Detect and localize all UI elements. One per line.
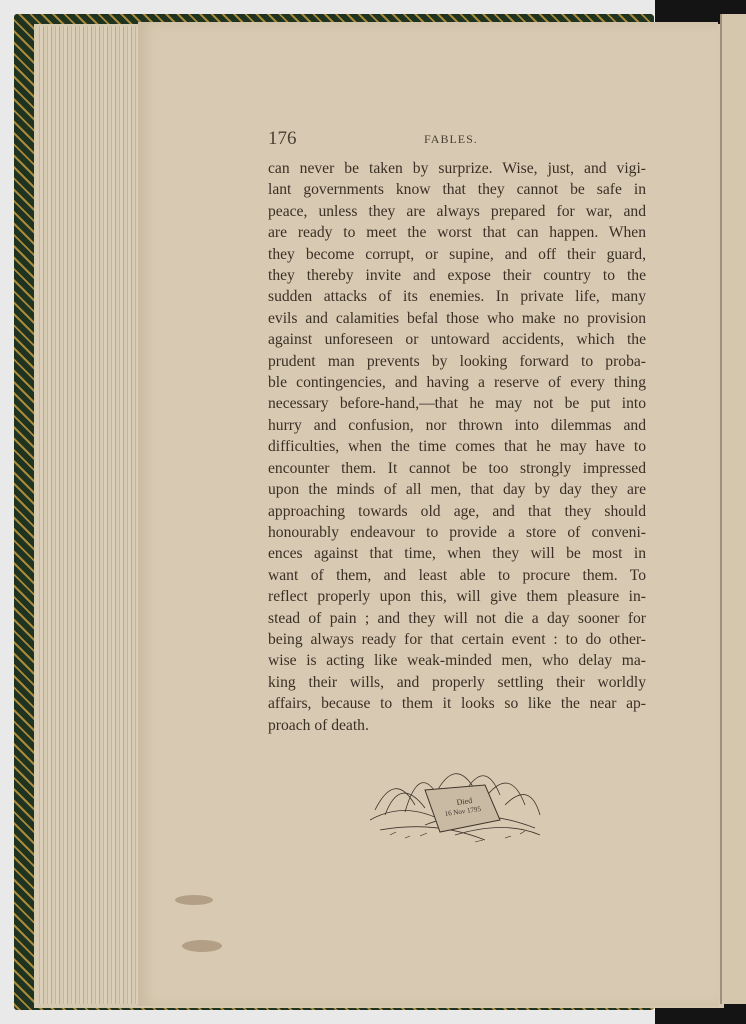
text-line: ble contingencies, and having a reserve … [268, 372, 646, 393]
foxing-stain [175, 895, 213, 905]
text-line: king their wills, and properly settling … [268, 672, 646, 693]
running-title: FABLES. [424, 132, 478, 147]
text-line: hurry and confusion, nor thrown into dil… [268, 415, 646, 436]
text-line: proach of death. [268, 715, 646, 736]
text-line: upon the minds of all men, that day by d… [268, 479, 646, 500]
running-head: 176 FABLES. [268, 128, 646, 152]
text-line: lant governments know that they cannot b… [268, 179, 646, 200]
text-line: evils and calamities befal those who mak… [268, 308, 646, 329]
text-line: affairs, because to them it looks so lik… [268, 693, 646, 714]
text-line: wise is acting like weak-minded men, who… [268, 650, 646, 671]
text-line: difficulties, when the time comes that h… [268, 436, 646, 457]
text-line: are ready to meet the worst that can hap… [268, 222, 646, 243]
text-line: want of them, and least able to procure … [268, 565, 646, 586]
page-number: 176 [268, 128, 297, 150]
text-line: necessary before-hand,—that he may not b… [268, 393, 646, 414]
text-line: honourably endeavour to provide a store … [268, 522, 646, 543]
text-line: prudent man prevents by looking forward … [268, 351, 646, 372]
foxing-stain [182, 940, 222, 952]
text-line: they become corrupt, or supine, and off … [268, 244, 646, 265]
text-line: stead of pain ; and they will not die a … [268, 608, 646, 629]
text-line: against unforeseen or untoward accidents… [268, 329, 646, 350]
text-line: encounter them. It cannot be too strongl… [268, 458, 646, 479]
text-line: being always ready for that certain even… [268, 629, 646, 650]
body-text: can never be taken by surprize. Wise, ju… [268, 158, 646, 736]
text-line: ences against that time, when they will … [268, 543, 646, 564]
text-line: reflect properly upon this, will give th… [268, 586, 646, 607]
text-line: they thereby invite and expose their cou… [268, 265, 646, 286]
text-line: peace, unless they are always prepared f… [268, 201, 646, 222]
page-edges [36, 26, 142, 1004]
text-line: sudden attacks of its enemies. In privat… [268, 286, 646, 307]
text-line: can never be taken by surprize. Wise, ju… [268, 158, 646, 179]
gravestone-vignette: Died 16 Nov 1795 [365, 750, 545, 850]
facing-page-edge [720, 14, 746, 1004]
text-line: approaching towards old age, and that th… [268, 501, 646, 522]
